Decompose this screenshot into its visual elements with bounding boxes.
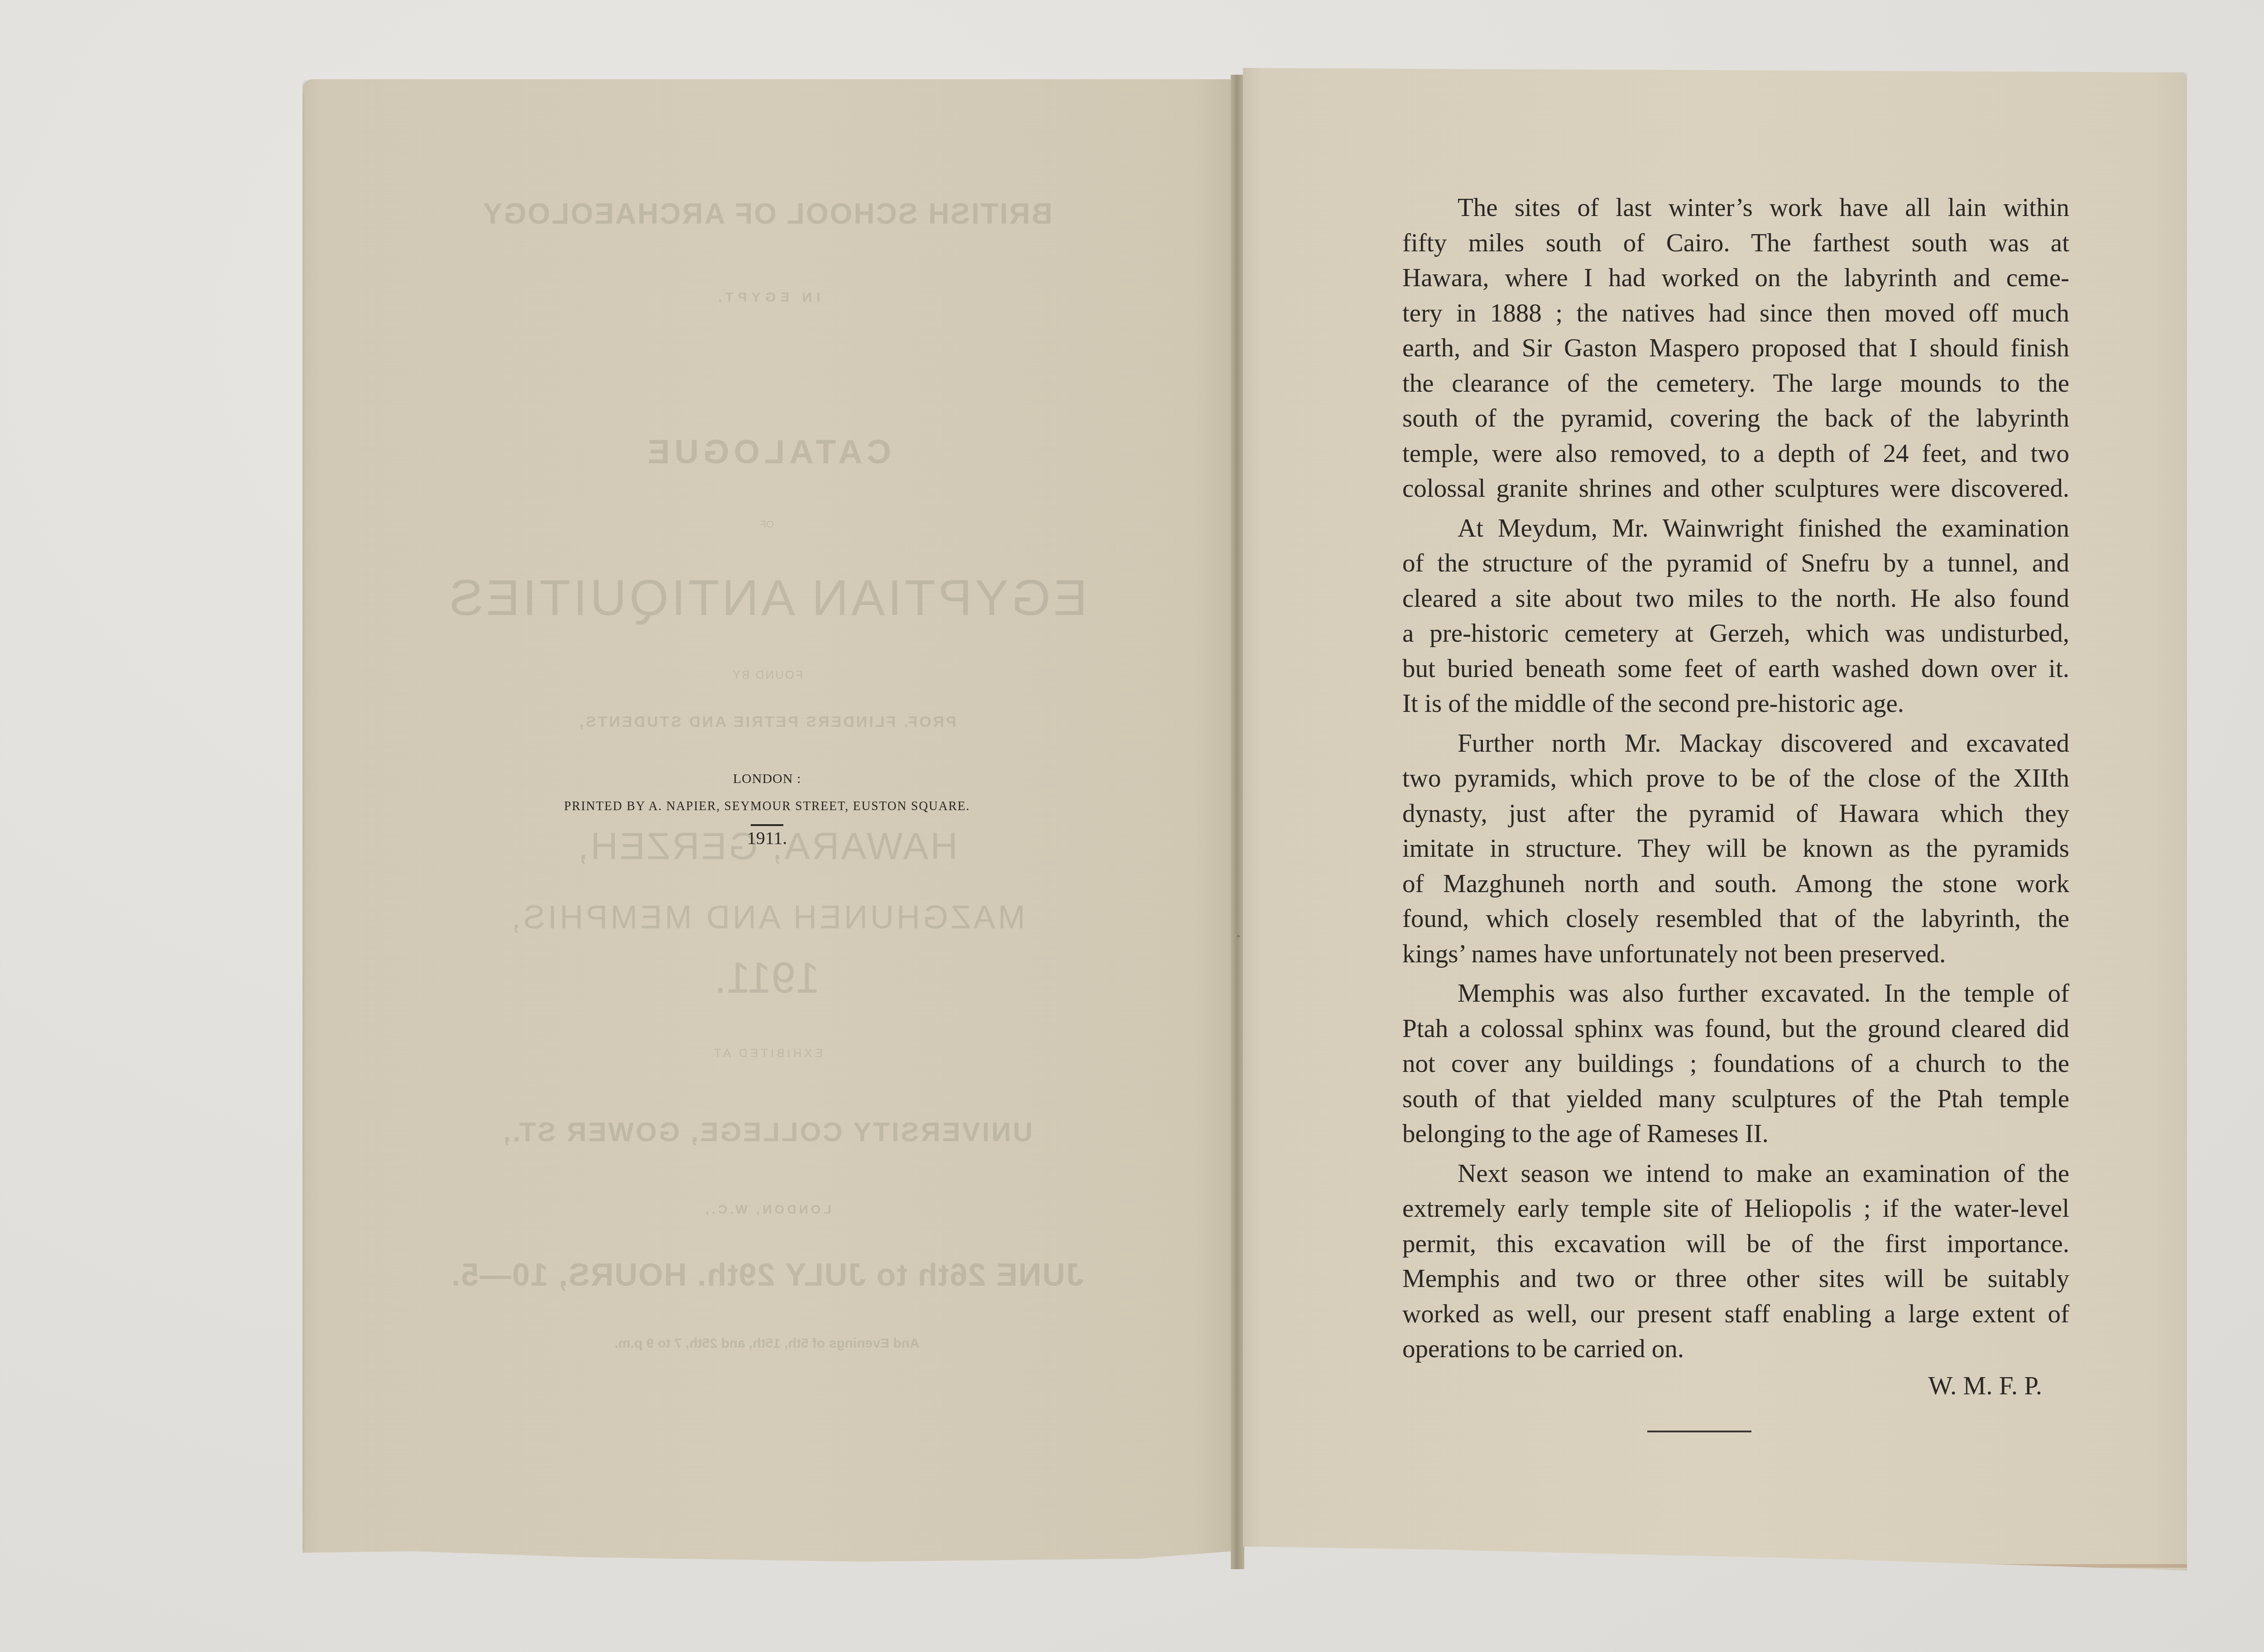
show-through-line: EXHIBITED AT	[302, 1046, 1232, 1060]
show-through-line: BRITISH SCHOOL OF ARCHAEOLOGY	[302, 197, 1232, 231]
right-page: The sites of last winter’s work have all…	[1243, 68, 2187, 1570]
show-through-line: LONDON, W.C.,	[302, 1202, 1232, 1217]
text-line: operations to be carried on.	[1347, 1331, 2069, 1367]
imprint-printer: PRINTED BY A. NAPIER, SEYMOUR STREET, EU…	[340, 798, 1194, 814]
text-column: The sites of last winter’s work have all…	[1347, 190, 2069, 1432]
text-line: but buried beneath some feet of earth wa…	[1347, 651, 2069, 687]
imprint-rule	[751, 824, 783, 826]
text-line: Hawara, where I had worked on the labyri…	[1347, 260, 2069, 296]
show-through-line: EGYPTIAN ANTIQUITIES	[302, 568, 1232, 627]
end-rule	[1647, 1431, 1751, 1432]
text-line: south of the pyramid, covering the back …	[1347, 401, 2069, 436]
imprint-year: 1911.	[302, 827, 1232, 849]
text-line: imitate in structure. They will be known…	[1347, 831, 2069, 866]
text-line: temple, were also removed, to a depth of…	[1347, 436, 2069, 471]
text-line: tery in 1888 ; the natives had since the…	[1347, 296, 2069, 331]
text-line: two pyramids, which prove to be of the c…	[1347, 761, 2069, 796]
show-through-line: PROF. FLINDERS PETRIE AND STUDENTS,	[302, 713, 1232, 731]
text-line: the clearance of the cemetery. The large…	[1347, 366, 2069, 401]
text-line: not cover any buildings ; foundations of…	[1347, 1046, 2069, 1081]
text-line: worked as well, our present staff enabli…	[1347, 1297, 2069, 1332]
paragraph-1: The sites of last winter’s work have all…	[1347, 190, 2069, 506]
signature: W. M. F. P.	[1347, 1369, 2069, 1404]
text-line: of Mazghuneh north and south. Among the …	[1347, 866, 2069, 902]
text-line: Further north Mr. Mackay discovered and …	[1347, 726, 2069, 761]
left-page: BRITISH SCHOOL OF ARCHAEOLOGY IN EGYPT. …	[302, 79, 1232, 1565]
paragraph-3: Further north Mr. Mackay discovered and …	[1347, 726, 2069, 972]
text-line: At Meydum, Mr. Wainwright finished the e…	[1347, 511, 2069, 546]
binding-thread	[1237, 935, 1240, 943]
show-through-line: 1911.	[302, 953, 1232, 1003]
text-line: colossal granite shrines and other sculp…	[1347, 471, 2069, 506]
text-line: dynasty, just after the pyramid of Hawar…	[1347, 796, 2069, 831]
show-through-line: OF	[302, 519, 1232, 530]
show-through-line: UNIVERSITY COLLEGE, GOWER ST.,	[302, 1116, 1232, 1148]
text-line: It is of the middle of the second pre-hi…	[1347, 686, 2069, 721]
text-line: The sites of last winter’s work have all…	[1347, 190, 2069, 226]
imprint-city: LONDON :	[302, 771, 1232, 787]
text-line: earth, and Sir Gaston Maspero proposed t…	[1347, 331, 2069, 366]
text-line: found, which closely resembled that of t…	[1347, 901, 2069, 936]
text-line: Next season we intend to make an examina…	[1347, 1156, 2069, 1191]
text-line: south of that yielded many sculptures of…	[1347, 1081, 2069, 1117]
show-through-line: IN EGYPT.	[302, 290, 1232, 305]
paragraph-5: Next season we intend to make an examina…	[1347, 1156, 2069, 1367]
text-line: kings’ names have unfortunately not been…	[1347, 936, 2069, 972]
show-through-line: FOUND BY	[302, 668, 1232, 682]
text-line: Memphis and two or three other sites wil…	[1347, 1261, 2069, 1297]
show-through-title-page: BRITISH SCHOOL OF ARCHAEOLOGY IN EGYPT. …	[302, 79, 1232, 1565]
book-gutter	[1231, 75, 1244, 1569]
text-line: cleared a site about two miles to the no…	[1347, 581, 2069, 616]
show-through-line: And Evenings of 5th, 15th, and 25th, 7 t…	[302, 1336, 1232, 1351]
show-through-line: JUNE 26th to JULY 29th. HOURS, 10—5.	[302, 1257, 1232, 1293]
text-line: fifty miles south of Cairo. The farthest…	[1347, 226, 2069, 261]
text-line: Memphis was also further excavated. In t…	[1347, 976, 2069, 1011]
show-through-line: CATALOGUE	[302, 432, 1232, 471]
show-through-line: MAZGHUNEH AND MEMPHIS,	[302, 899, 1232, 936]
paragraph-4: Memphis was also further excavated. In t…	[1347, 976, 2069, 1152]
text-line: a pre-historic cemetery at Gerzeh, which…	[1347, 616, 2069, 651]
text-line: belonging to the age of Rameses II.	[1347, 1116, 2069, 1152]
text-line: Ptah a colossal sphinx was found, but th…	[1347, 1011, 2069, 1047]
text-line: permit, this excavation will be of the f…	[1347, 1226, 2069, 1262]
text-line: extremely early temple site of Heliopoli…	[1347, 1191, 2069, 1226]
paragraph-2: At Meydum, Mr. Wainwright finished the e…	[1347, 511, 2069, 721]
text-line: of the structure of the pyramid of Snefr…	[1347, 546, 2069, 581]
